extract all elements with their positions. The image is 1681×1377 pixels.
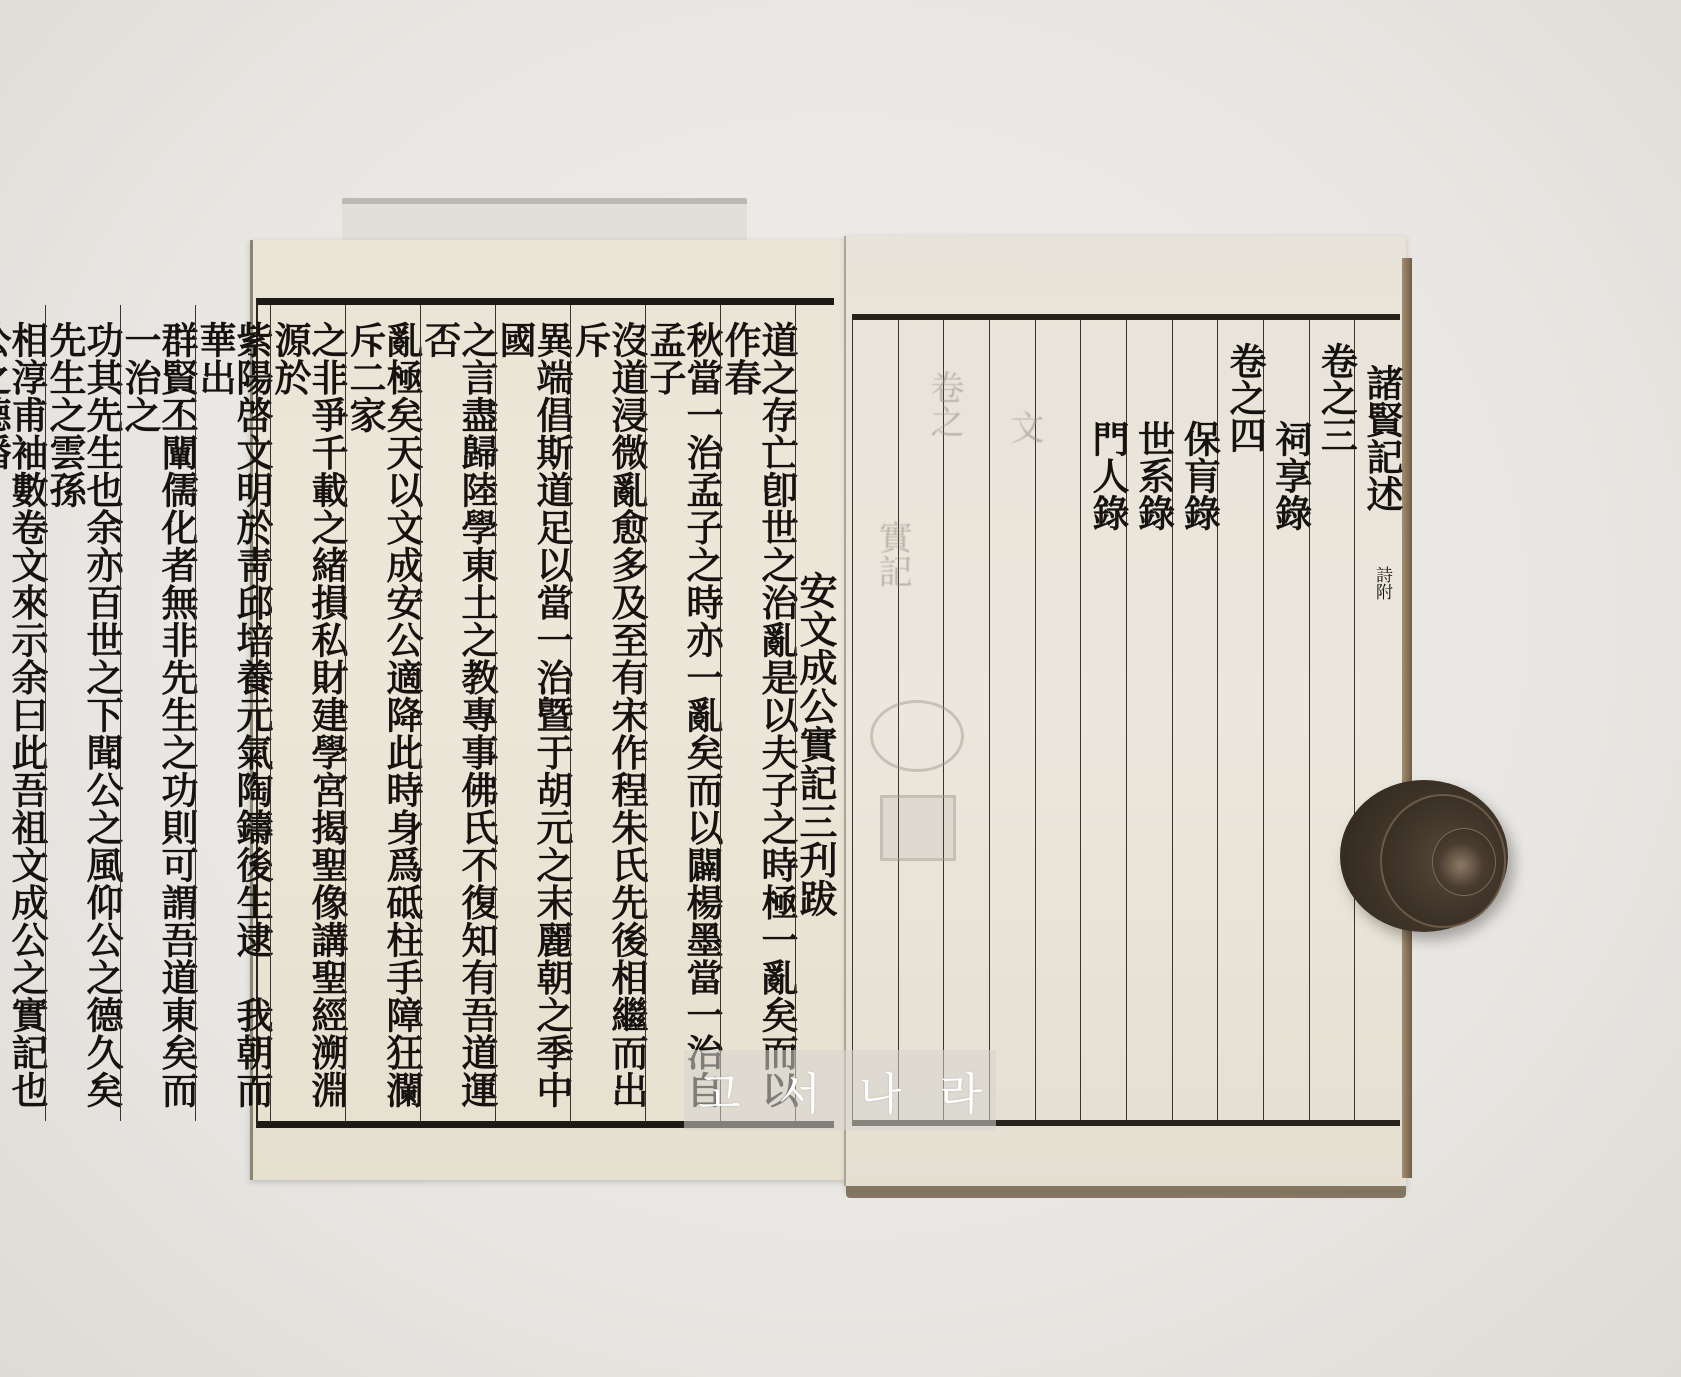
toc-column: 卷之三 xyxy=(1309,320,1355,1120)
paper-tab-slip xyxy=(342,198,747,242)
bleed-through-text: 實記 xyxy=(868,520,917,588)
toc-volume-label: 卷之三 xyxy=(1314,342,1358,453)
toc-entry: 保肓錄 xyxy=(1177,420,1221,531)
toc-volume-label: 卷之四 xyxy=(1223,342,1267,453)
afterword-title-column: 安文成公實記三刋跋 xyxy=(795,305,834,1121)
text-column: 秋當一治孟子之時亦一亂矣而以闢楊墨當一治自孟子 xyxy=(645,305,720,1121)
faded-seal-stamp xyxy=(870,700,964,772)
toc-column: 祠享錄 xyxy=(1263,320,1309,1120)
watermark-char: 라 xyxy=(940,1058,983,1122)
toc-entry: 門人錄 xyxy=(1086,420,1130,531)
bleed-through-text: 文 xyxy=(1000,410,1049,444)
brass-book-weight xyxy=(1340,780,1508,932)
text-column: 沒道浸微亂愈多及至有宋作程朱氏先後相繼而出斥 xyxy=(570,305,645,1121)
text-column: 紫陽啓文明於靑邱培養元氣陶鑄後生逮 我朝而華出 xyxy=(195,305,270,1121)
watermark-char: 고 xyxy=(698,1058,741,1122)
text-column: 功其先生也余亦百世之下聞公之風仰公之德久矣先生之雲孫 xyxy=(45,305,120,1121)
toc-heading: 諸賢記述 xyxy=(1360,364,1404,512)
toc-column: 門人錄 xyxy=(1080,320,1126,1120)
text-column: 群賢丕闡儒化者無非先生之功則可謂吾道東矣而一治之 xyxy=(120,305,195,1121)
toc-column: 卷之四 xyxy=(1217,320,1263,1120)
bleed-through-text: 卷之 xyxy=(920,370,969,438)
toc-column-heading: 諸賢記述 詩附 xyxy=(1354,320,1400,1120)
text-column: 之非爭千載之緒損私財建學宮揭聖像講聖經溯淵源於 xyxy=(270,305,345,1121)
text-column: 相淳甫袖數卷文來示余曰此吾祖文成公之實記也公之德播 xyxy=(0,305,45,1121)
toc-column: 保肓錄 xyxy=(1172,320,1218,1120)
text-column: 之言盡歸陸學東土之教專事佛氏不復知有吾道運否 xyxy=(420,305,495,1121)
left-page-text-block: 安文成公實記三刋跋 道之存亡卽世之治亂是以夫子之時極一亂矣而以作春 秋當一治孟子… xyxy=(256,298,834,1128)
toc-entry: 祠享錄 xyxy=(1269,420,1313,531)
toc-entry: 世系錄 xyxy=(1132,420,1176,531)
toc-column: 世系錄 xyxy=(1126,320,1172,1120)
toc-heading-note: 詩附 xyxy=(1372,566,1392,600)
watermark-char: 서 xyxy=(778,1058,821,1122)
faded-square-seal-stamp xyxy=(880,795,956,861)
text-column: 異端倡斯道足以當一治曁于胡元之末麗朝之季中國 xyxy=(495,305,570,1121)
watermark-char: 나 xyxy=(859,1058,902,1122)
text-column: 亂極矣天以文成安公適降此時身爲砥柱手障狂瀾斥二家 xyxy=(345,305,420,1121)
watermark: 고 서 나 라 xyxy=(684,1050,996,1130)
text-column: 道之存亡卽世之治亂是以夫子之時極一亂矣而以作春 xyxy=(720,305,795,1121)
